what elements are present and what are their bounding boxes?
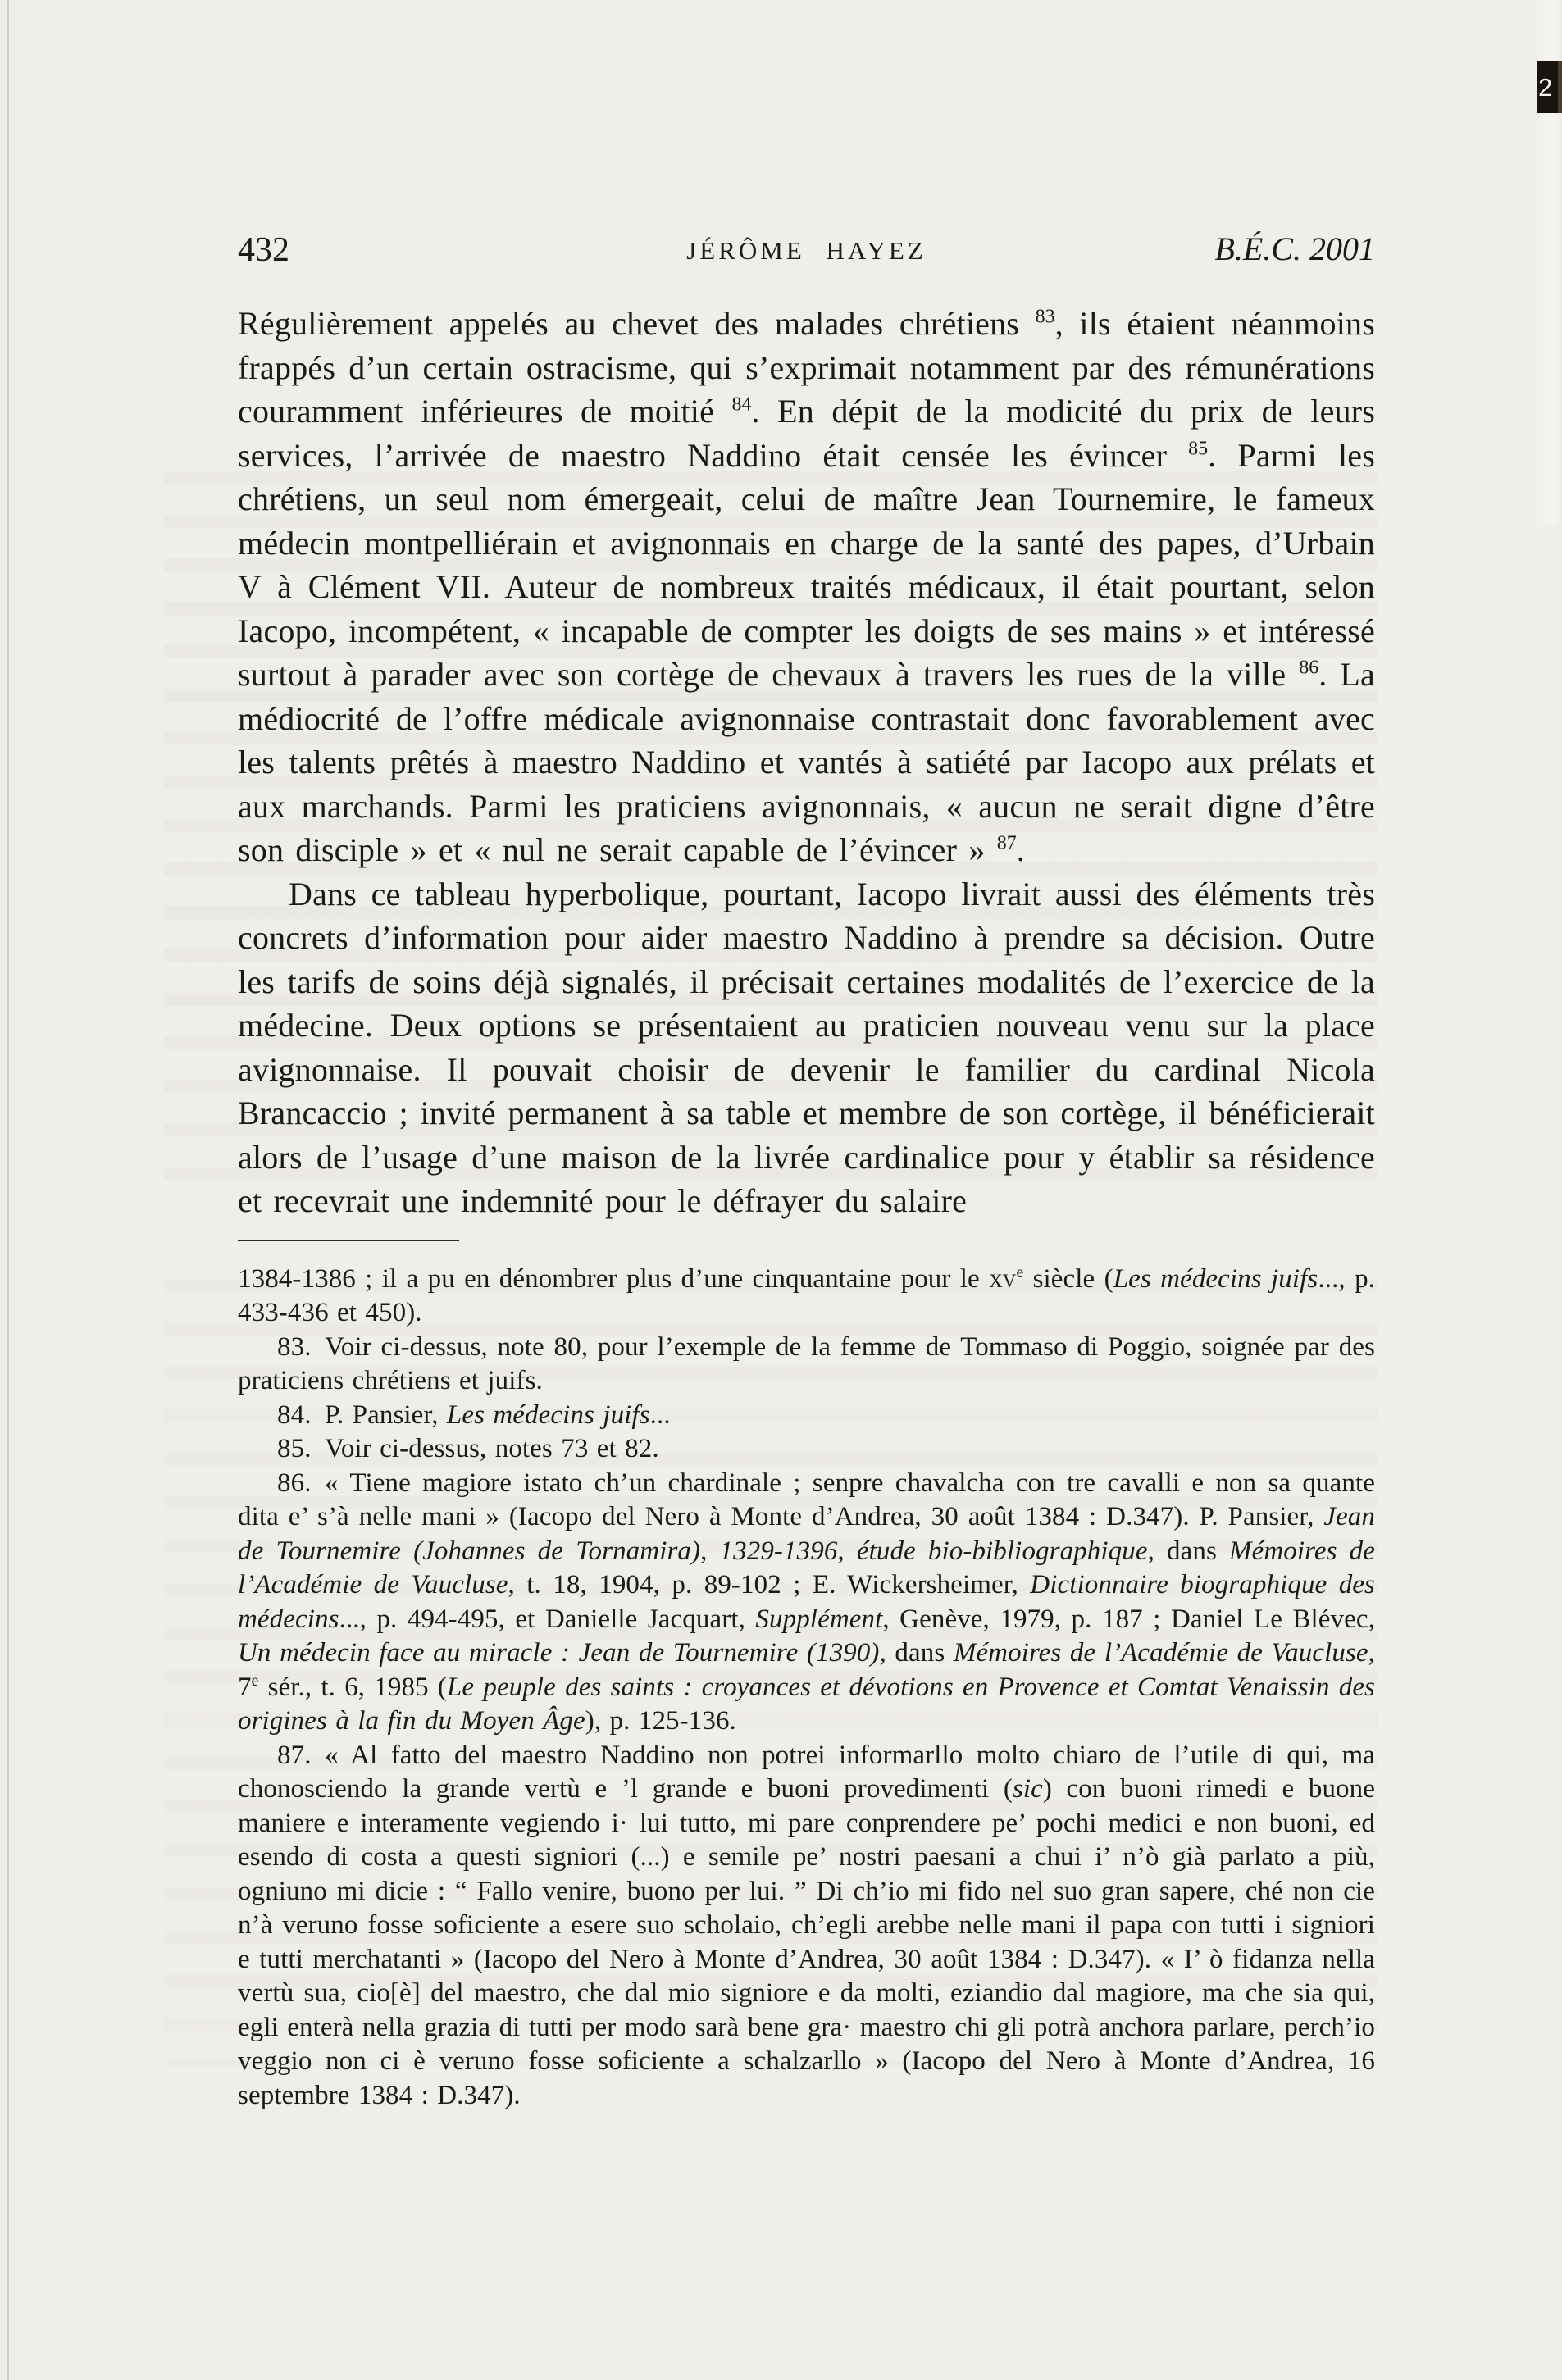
footnote-separator-rule bbox=[238, 1240, 459, 1241]
footnotes-section: 1384-1386 ; il a pu en dénombrer plus d’… bbox=[238, 1263, 1375, 2114]
text-column: Régulièrement appelés au chevet des mala… bbox=[238, 302, 1375, 2113]
footnote-86: 86. « Tiene magiore istato ch’un chardin… bbox=[238, 1467, 1375, 1739]
footnote-continuation: 1384-1386 ; il a pu en dénombrer plus d’… bbox=[238, 1263, 1375, 1331]
running-header: 432 JÉRÔME HAYEZ B.É.C. 2001 bbox=[238, 233, 1375, 274]
running-title-author: JÉRÔME HAYEZ bbox=[686, 238, 927, 263]
scanner-edge-line bbox=[7, 0, 9, 2380]
index-tab-label: 2 bbox=[1538, 75, 1552, 100]
footnote-84: 84. P. Pansier, Les médecins juifs... bbox=[238, 1399, 1375, 1433]
footnote-87: 87. « Al fatto del maestro Naddino non p… bbox=[238, 1739, 1375, 2114]
index-tab-marker: 2 bbox=[1537, 61, 1562, 113]
footnote-85: 85. Voir ci-dessus, notes 73 et 82. bbox=[238, 1432, 1375, 1467]
scanned-journal-page: 2 432 JÉRÔME HAYEZ B.É.C. 2001 Régulière… bbox=[0, 0, 1562, 2380]
page-number: 432 bbox=[238, 233, 289, 267]
footnote-83: 83. Voir ci-dessus, note 80, pour l’exem… bbox=[238, 1331, 1375, 1399]
body-paragraph: Dans ce tableau hyperbolique, pourtant, … bbox=[238, 872, 1375, 1223]
journal-reference: B.É.C. 2001 bbox=[1214, 233, 1375, 266]
body-paragraph: Régulièrement appelés au chevet des mala… bbox=[238, 302, 1375, 872]
